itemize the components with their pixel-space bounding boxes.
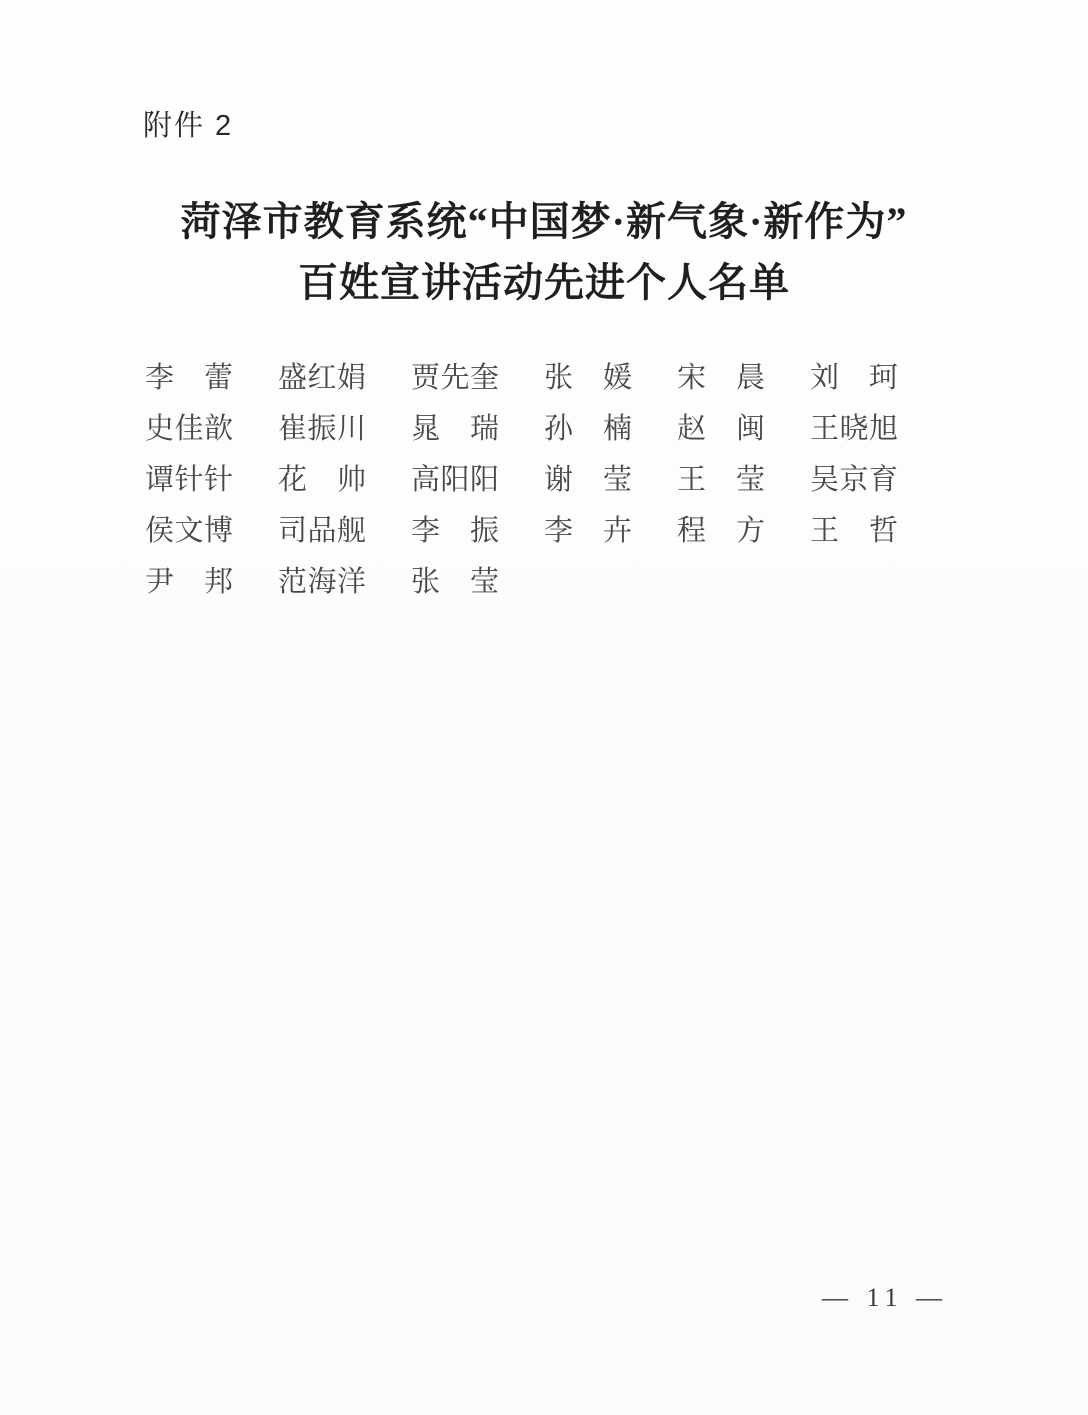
- person-name: 张莹: [411, 566, 499, 598]
- person-name: 史佳歆: [145, 413, 233, 445]
- person-name: 贾先奎: [411, 362, 499, 394]
- person-name: 崔振川: [278, 413, 366, 445]
- person-name: 司品舰: [278, 515, 366, 547]
- person-name: 李振: [411, 515, 499, 547]
- person-name: 范海洋: [278, 566, 366, 598]
- person-name: 程方: [677, 515, 765, 547]
- person-name: 宋晨: [677, 362, 765, 394]
- page-number: — 11 —: [822, 1283, 948, 1313]
- document-page: 附件 2 菏泽市教育系统“中国梦·新气象·新作为” 百姓宣讲活动先进个人名单 李…: [0, 0, 1088, 1415]
- person-name: 尹邦: [145, 566, 233, 598]
- title-line-2: 百姓宣讲活动先进个人名单: [0, 252, 1088, 313]
- person-name: 晁瑞: [411, 413, 499, 445]
- person-name: 谢莹: [544, 464, 632, 496]
- person-name: 赵闽: [677, 413, 765, 445]
- name-grid: 李蕾盛红娟贾先奎张媛宋晨刘珂史佳歆崔振川晁瑞孙楠赵闽王晓旭谭针针花帅高阳阳谢莹王…: [145, 362, 898, 598]
- person-name: 高阳阳: [411, 464, 499, 496]
- person-name: 王晓旭: [810, 413, 898, 445]
- person-name: 王哲: [810, 515, 898, 547]
- document-title: 菏泽市教育系统“中国梦·新气象·新作为” 百姓宣讲活动先进个人名单: [0, 191, 1088, 313]
- person-name: 刘珂: [810, 362, 898, 394]
- attachment-label: 附件 2: [143, 103, 233, 144]
- person-name: 谭针针: [145, 464, 233, 496]
- person-name: 花帅: [278, 464, 366, 496]
- person-name: 李蕾: [145, 362, 233, 394]
- person-name: 盛红娟: [278, 362, 366, 394]
- title-line-1: 菏泽市教育系统“中国梦·新气象·新作为”: [0, 191, 1088, 252]
- person-name: 张媛: [544, 362, 632, 394]
- person-name: 王莹: [677, 464, 765, 496]
- person-name: 李卉: [544, 515, 632, 547]
- person-name: 吴京育: [810, 464, 898, 496]
- person-name: 侯文博: [145, 515, 233, 547]
- person-name: 孙楠: [544, 413, 632, 445]
